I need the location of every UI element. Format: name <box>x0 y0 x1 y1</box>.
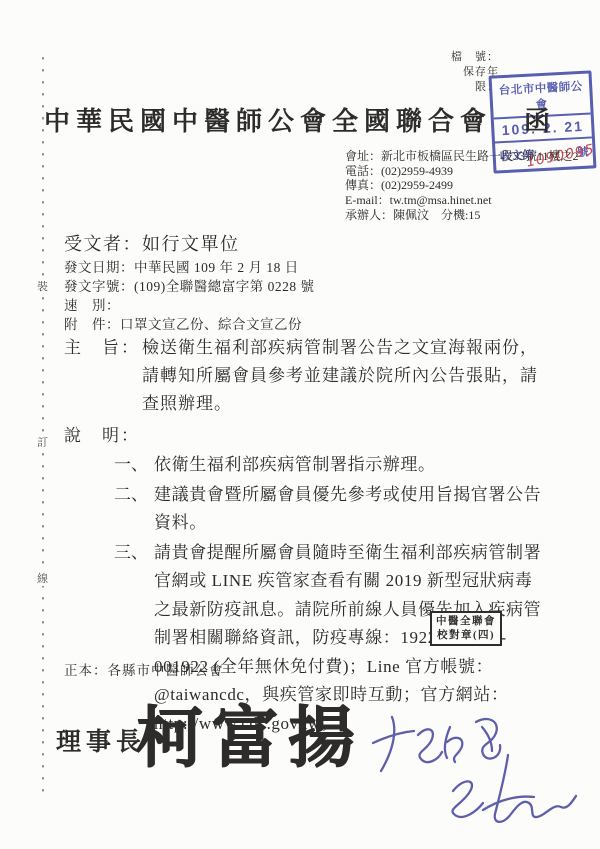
binding-mark-xian: 線 <box>33 570 52 586</box>
binding-mark-zhuang: 裝 <box>33 278 52 294</box>
contact-address: 會址：新北市板橋區民生路一段33號11樓之2 <box>345 149 579 164</box>
handwritten-signature <box>356 697 594 839</box>
explanation-label: 說 明： <box>64 422 554 450</box>
issue-date-line: 發文日期：中華民國 109 年 2 月 18 日 <box>64 258 315 277</box>
subject-text: 檢送衛生福利部疾病管制署公告之文宣海報兩份，請轉知所屬會員參考並建議於院所內公告… <box>142 334 554 418</box>
official-letter-page: 裝 訂 線 檔 號： 保存年限： 台北市中醫師公會 109. 2. 21 收文第… <box>0 0 600 849</box>
subject-row: 主 旨： 檢送衛生福利部疾病管制署公告之文宣海報兩份，請轉知所屬會員參考並建議於… <box>64 334 554 418</box>
speed-line: 速 別： <box>64 296 315 315</box>
contact-handler: 承辦人：陳佩汶 分機:15 <box>345 208 579 223</box>
contact-block: 會址：新北市板橋區民生路一段33號11樓之2 電話：(02)2959-4939 … <box>345 149 579 223</box>
contact-fax: 傳真：(02)2959-2499 <box>345 178 579 193</box>
subject-label: 主 旨： <box>64 334 142 418</box>
proofread-stamp-line1: 中醫全聯會 <box>436 615 496 629</box>
attachment-line: 附 件：口罩文宣乙份、綜合文宣乙份 <box>64 315 315 334</box>
signer-title: 理事長 <box>56 722 146 758</box>
doc-number-line: 發文字號：(109)全聯醫總富字第 0228 號 <box>64 277 315 296</box>
file-no-label: 檔 號： <box>443 50 499 65</box>
explanation-item-1: 一、 依衛生福利部疾病管制署指示辦理。 <box>114 451 554 480</box>
binding-dotted-line <box>42 57 44 799</box>
item-number: 二、 <box>114 481 154 538</box>
proofread-stamp: 中醫全聯會 校對章(四) <box>430 611 502 646</box>
contact-email: E-mail：tw.tm@msa.hinet.net <box>345 193 579 208</box>
item-text: 依衛生福利部疾病管制署指示辦理。 <box>154 451 546 480</box>
explanation-item-2: 二、 建議貴會暨所屬會員優先參考或使用旨揭官署公告資料。 <box>114 481 554 538</box>
proofread-stamp-line2: 校對章(四) <box>436 629 496 643</box>
contact-phone: 電話：(02)2959-4939 <box>345 164 579 179</box>
binding-mark-ding: 訂 <box>33 434 52 450</box>
letter-title: 中華民國中醫師公會全國聯合會 函 <box>0 101 600 138</box>
item-text: 建議貴會暨所屬會員優先參考或使用旨揭官署公告資料。 <box>154 481 546 538</box>
meta-block: 發文日期：中華民國 109 年 2 月 18 日 發文字號：(109)全聯醫總富… <box>64 258 315 334</box>
signer-name-calligraphy: 柯富揚 <box>136 684 364 779</box>
original-copy-line: 正本：各縣市中醫師公會 <box>64 659 224 679</box>
recipient-line: 受文者：如行文單位 <box>64 230 240 256</box>
item-number: 一、 <box>114 451 154 480</box>
